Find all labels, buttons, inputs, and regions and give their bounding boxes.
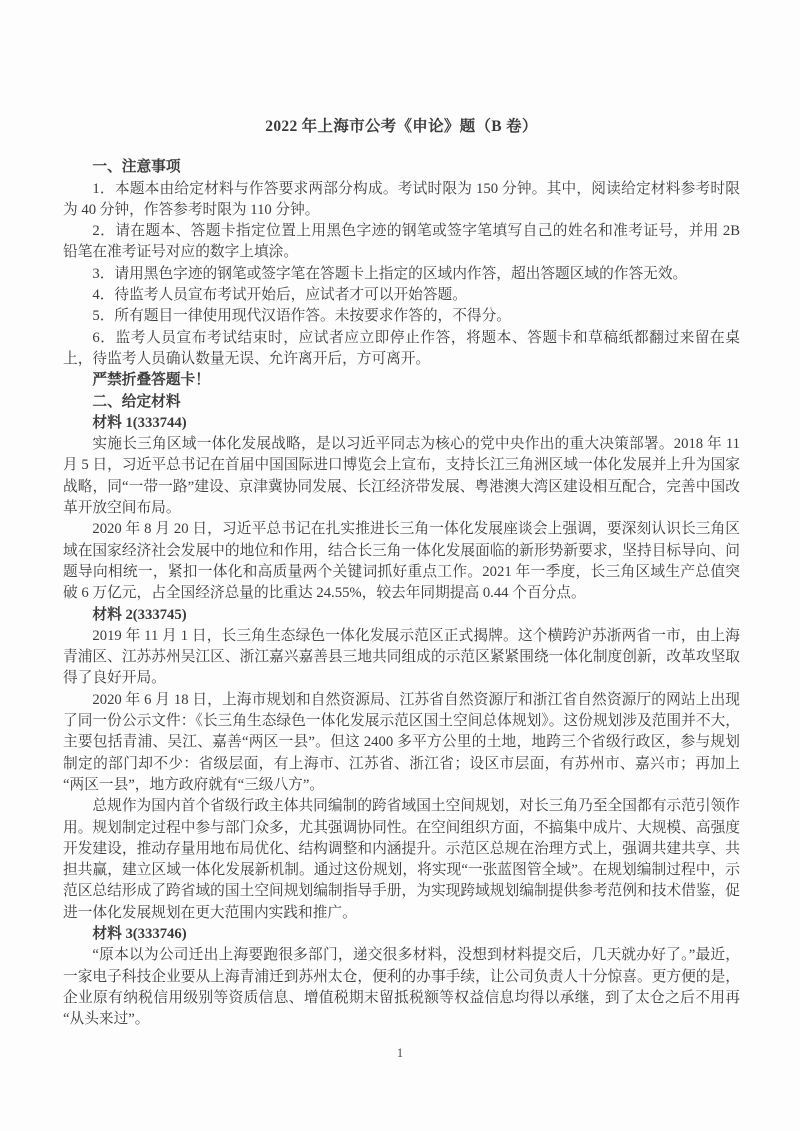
notice-item-5: 5．所有题目一律使用现代汉语作答。未按要求作答的，不得分。 (63, 306, 740, 327)
notice-item-4: 4．待监考人员宣布考试开始后，应试者才可以开始答题。 (63, 285, 740, 306)
notice-item-2: 2．请在题本、答题卡指定位置上用黑色字迹的钢笔或签字笔填写自己的姓名和准考证号，… (63, 221, 740, 264)
material-2-paragraph: 总规作为国内首个省级行政主体共同编制的跨省域国土空间规划，对长三角乃至全国都有示… (63, 796, 740, 924)
material-3-label: 材料 3(333746) (63, 924, 740, 945)
material-2-paragraph: 2020 年 6 月 18 日，上海市规划和自然资源局、江苏省自然资源厅和浙江省… (63, 690, 740, 796)
material-1-paragraph: 实施长三角区域一体化发展战略，是以习近平同志为核心的党中央作出的重大决策部署。2… (63, 434, 740, 519)
notice-section: 一、注意事项 1．本题本由给定材料与作答要求两部分构成。考试时限为 150 分钟… (63, 157, 740, 391)
notice-heading: 一、注意事项 (63, 157, 740, 178)
document-title: 2022 年上海市公考《申论》题（B 卷） (63, 116, 740, 137)
material-1-paragraph: 2020 年 8 月 20 日，习近平总书记在扎实推进长三角一体化发展座谈会上强… (63, 519, 740, 604)
page-footer: 1 (0, 1046, 800, 1061)
notice-item-3: 3．请用黑色字迹的钢笔或签字笔在答题卡上指定的区域内作答，超出答题区域的作答无效… (63, 264, 740, 285)
materials-heading: 二、给定材料 (63, 392, 740, 413)
material-2-label: 材料 2(333745) (63, 605, 740, 626)
document-content: 2022 年上海市公考《申论》题（B 卷） 一、注意事项 1．本题本由给定材料与… (63, 116, 740, 1030)
notice-warning: 严禁折叠答题卡！ (63, 370, 740, 391)
material-2-paragraph: 2019 年 11 月 1 日，长三角生态绿色一体化发展示范区正式揭牌。这个横跨… (63, 626, 740, 690)
material-3-paragraph: “原本以为公司迁出上海要跑很多部门，递交很多材料，没想到材料提交后，几天就办好了… (63, 945, 740, 1030)
materials-section: 二、给定材料 材料 1(333744) 实施长三角区域一体化发展战略，是以习近平… (63, 392, 740, 1031)
notice-item-1: 1．本题本由给定材料与作答要求两部分构成。考试时限为 150 分钟。其中，阅读给… (63, 179, 740, 222)
page-number: 1 (397, 1046, 403, 1060)
material-1-label: 材料 1(333744) (63, 413, 740, 434)
notice-item-6: 6．监考人员宣布考试结束时，应试者应立即停止作答，将题本、答题卡和草稿纸都翻过来… (63, 328, 740, 371)
document-page: 2022 年上海市公考《申论》题（B 卷） 一、注意事项 1．本题本由给定材料与… (0, 0, 800, 1131)
